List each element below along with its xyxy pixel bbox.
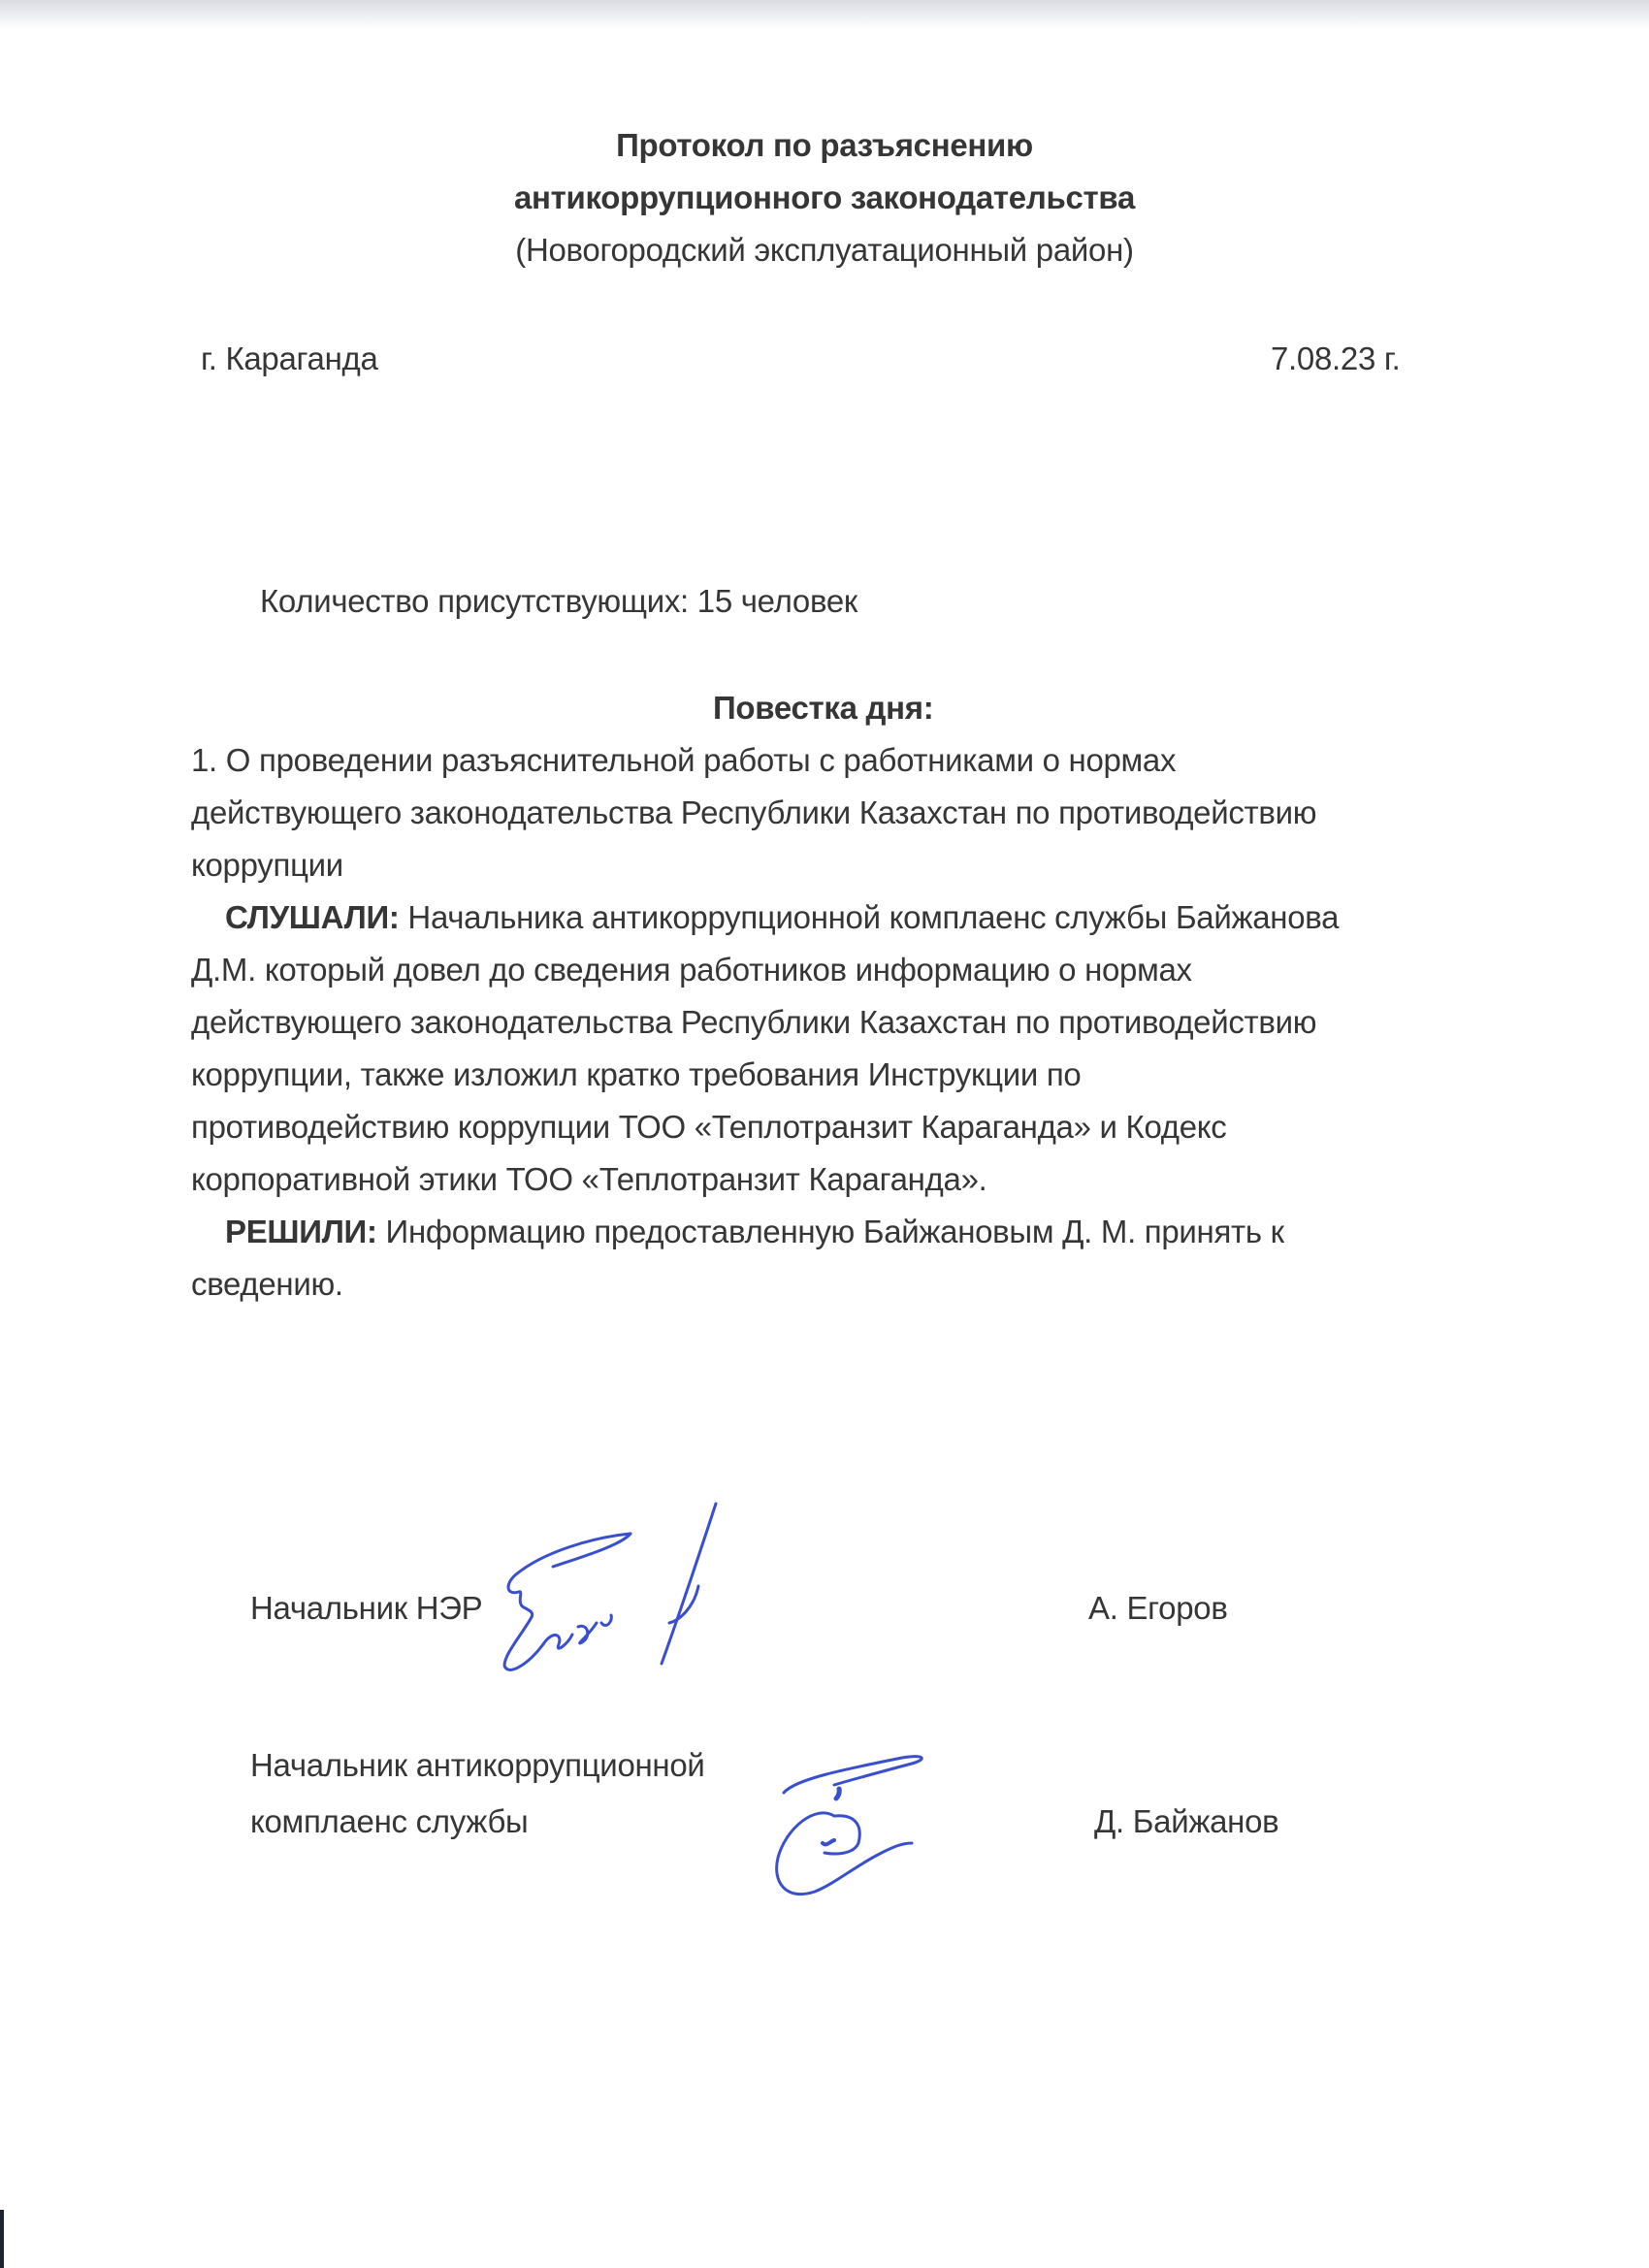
heard-label: СЛУШАЛИ: (225, 899, 400, 935)
heard-line: коррупции, также изложил кратко требован… (191, 1055, 1081, 1094)
city: г. Караганда (201, 340, 378, 378)
agenda-item-line: действующего законодательства Республики… (191, 794, 1316, 832)
heard-text: Начальника антикоррупционной комплаенс с… (400, 899, 1340, 935)
decided-line: сведению. (191, 1265, 343, 1304)
signature-egorov-icon (407, 1499, 892, 1683)
signature-baizhanov-icon (757, 1746, 980, 1911)
agenda-item-line: коррупции (191, 846, 343, 885)
document-subtitle: (Новогородский эксплуатационный район) (0, 231, 1649, 270)
heard-line: Д.М. который довел до сведения работнико… (191, 951, 1192, 989)
heard-paragraph-first-line: СЛУШАЛИ: Начальника антикоррупционной ко… (225, 898, 1339, 937)
decided-label: РЕШИЛИ: (225, 1214, 377, 1249)
signatory-2-position: Начальник антикоррупционной (250, 1746, 705, 1785)
document-title-line-1: Протокол по разъяснению (0, 126, 1649, 165)
decided-text: Информацию предоставленную Байжановым Д.… (377, 1214, 1284, 1249)
heard-line: действующего законодательства Республики… (191, 1003, 1316, 1042)
heard-line: корпоративной этики ТОО «Теплотранзит Ка… (191, 1160, 986, 1199)
attendance: Количество присутствующих: 15 человек (260, 582, 857, 621)
signatory-2-position: комплаенс службы (250, 1802, 528, 1841)
scan-top-edge (0, 0, 1649, 29)
heard-line: противодействию коррупции ТОО «Теплотран… (191, 1108, 1227, 1147)
signatory-2-name: Д. Байжанов (1094, 1802, 1278, 1841)
agenda-heading: Повестка дня: (713, 689, 933, 728)
date: 7.08.23 г. (1271, 340, 1400, 378)
scan-edge-mark (0, 2210, 4, 2268)
decided-paragraph-first-line: РЕШИЛИ: Информацию предоставленную Байжа… (225, 1213, 1284, 1251)
agenda-item-line: 1. О проведении разъяснительной работы с… (191, 741, 1176, 780)
document-title-line-2: антикоррупционного законодательства (0, 178, 1649, 217)
signatory-1-name: А. Егоров (1088, 1589, 1228, 1628)
